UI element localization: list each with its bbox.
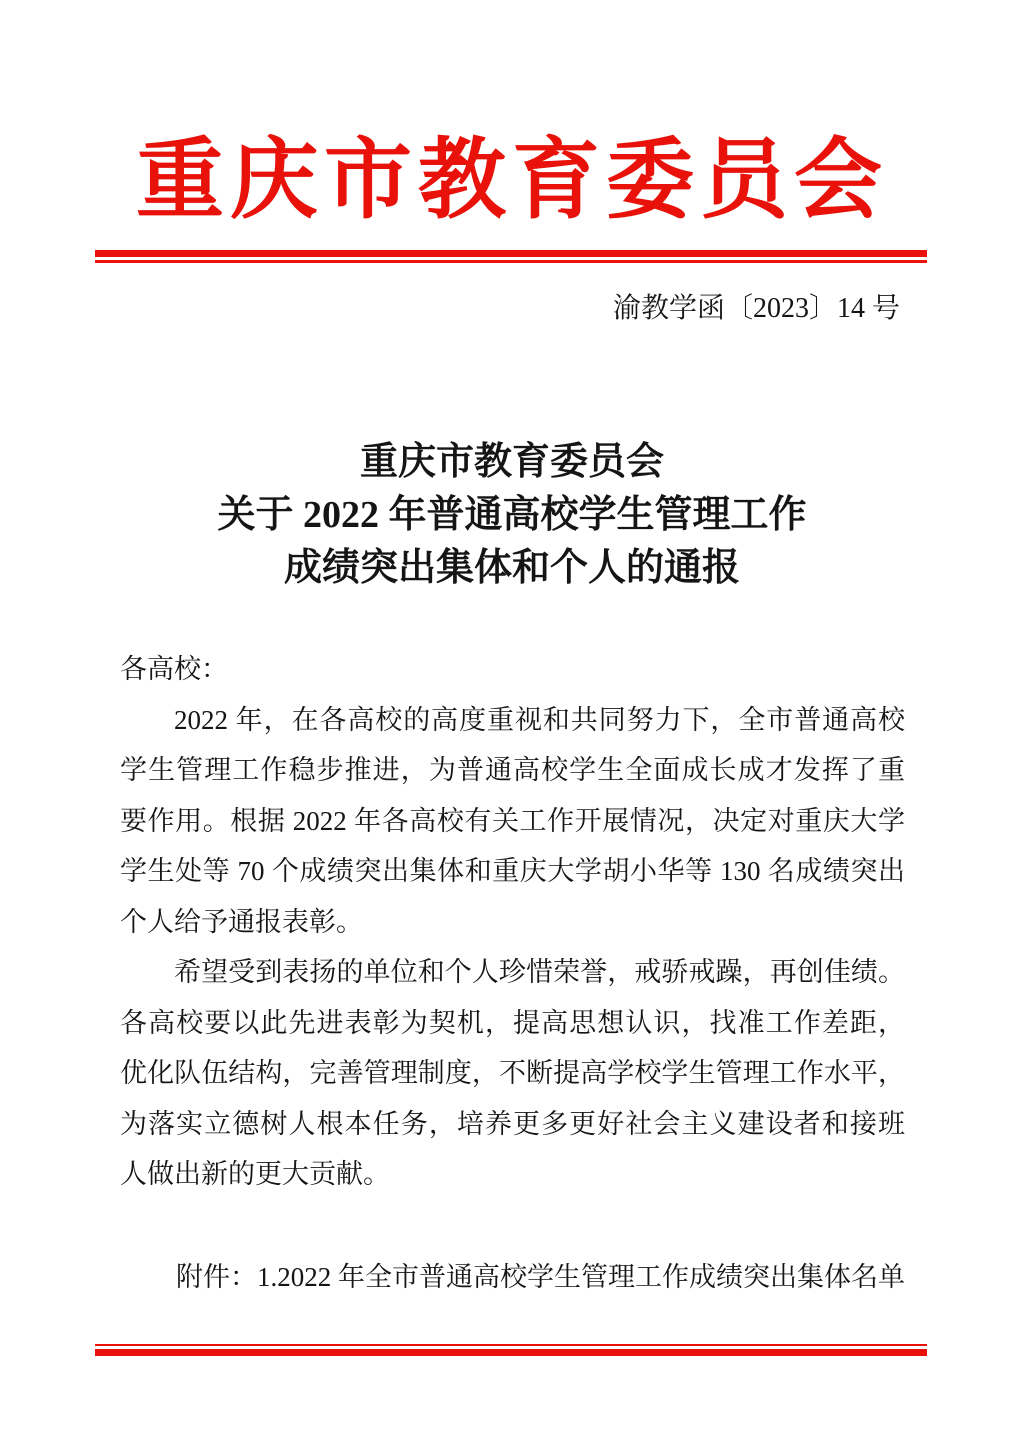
attachment-line: 附件：1.2022 年全市普通高校学生管理工作成绩突出集体名单 [176, 1252, 905, 1302]
notice-title-line-1: 重庆市教育委员会 [0, 436, 1024, 489]
document-page: 重庆市教育委员会 渝教学函〔2023〕14 号 重庆市教育委员会 关于 2022… [0, 0, 1024, 1449]
footer-separator-rule [95, 1344, 927, 1356]
paragraph1-line: 2022 年，在各高校的高度重视和共同努力下，全市普通高校 [120, 695, 905, 746]
paragraph2-line: 希望受到表扬的单位和个人珍惜荣誉，戒骄戒躁，再创佳绩。 [120, 947, 905, 998]
salutation-line: 各高校： [120, 644, 905, 695]
paragraph1-line: 个人给予通报表彰。 [120, 897, 905, 948]
notice-body: 各高校： 2022 年，在各高校的高度重视和共同努力下，全市普通高校 学生管理工… [120, 644, 905, 1200]
paragraph2-line: 各高校要以此先进表彰为契机，提高思想认识，找准工作差距， [120, 998, 905, 1049]
notice-title: 重庆市教育委员会 关于 2022 年普通高校学生管理工作 成绩突出集体和个人的通… [0, 436, 1024, 595]
document-reference-number: 渝教学函〔2023〕14 号 [613, 290, 900, 328]
paragraph1-line: 学生管理工作稳步推进，为普通高校学生全面成长成才发挥了重 [120, 745, 905, 796]
paragraph2-line: 优化队伍结构，完善管理制度，不断提高学校学生管理工作水平， [120, 1048, 905, 1099]
paragraph1-line: 学生处等 70 个成绩突出集体和重庆大学胡小华等 130 名成绩突出 [120, 846, 905, 897]
letterhead-agency-title: 重庆市教育委员会 [0, 138, 1024, 226]
paragraph2-line: 人做出新的更大贡献。 [120, 1149, 905, 1200]
paragraph1-line: 要作用。根据 2022 年各高校有关工作开展情况，决定对重庆大学 [120, 796, 905, 847]
notice-title-line-3: 成绩突出集体和个人的通报 [0, 542, 1024, 595]
header-rule-thick-bar [95, 250, 927, 257]
paragraph2-line: 为落实立德树人根本任务，培养更多更好社会主义建设者和接班 [120, 1099, 905, 1150]
header-rule-thin-bar [95, 260, 927, 263]
header-separator-rule [95, 250, 927, 263]
footer-rule-thick-bar [95, 1349, 927, 1356]
notice-title-line-2: 关于 2022 年普通高校学生管理工作 [0, 489, 1024, 542]
